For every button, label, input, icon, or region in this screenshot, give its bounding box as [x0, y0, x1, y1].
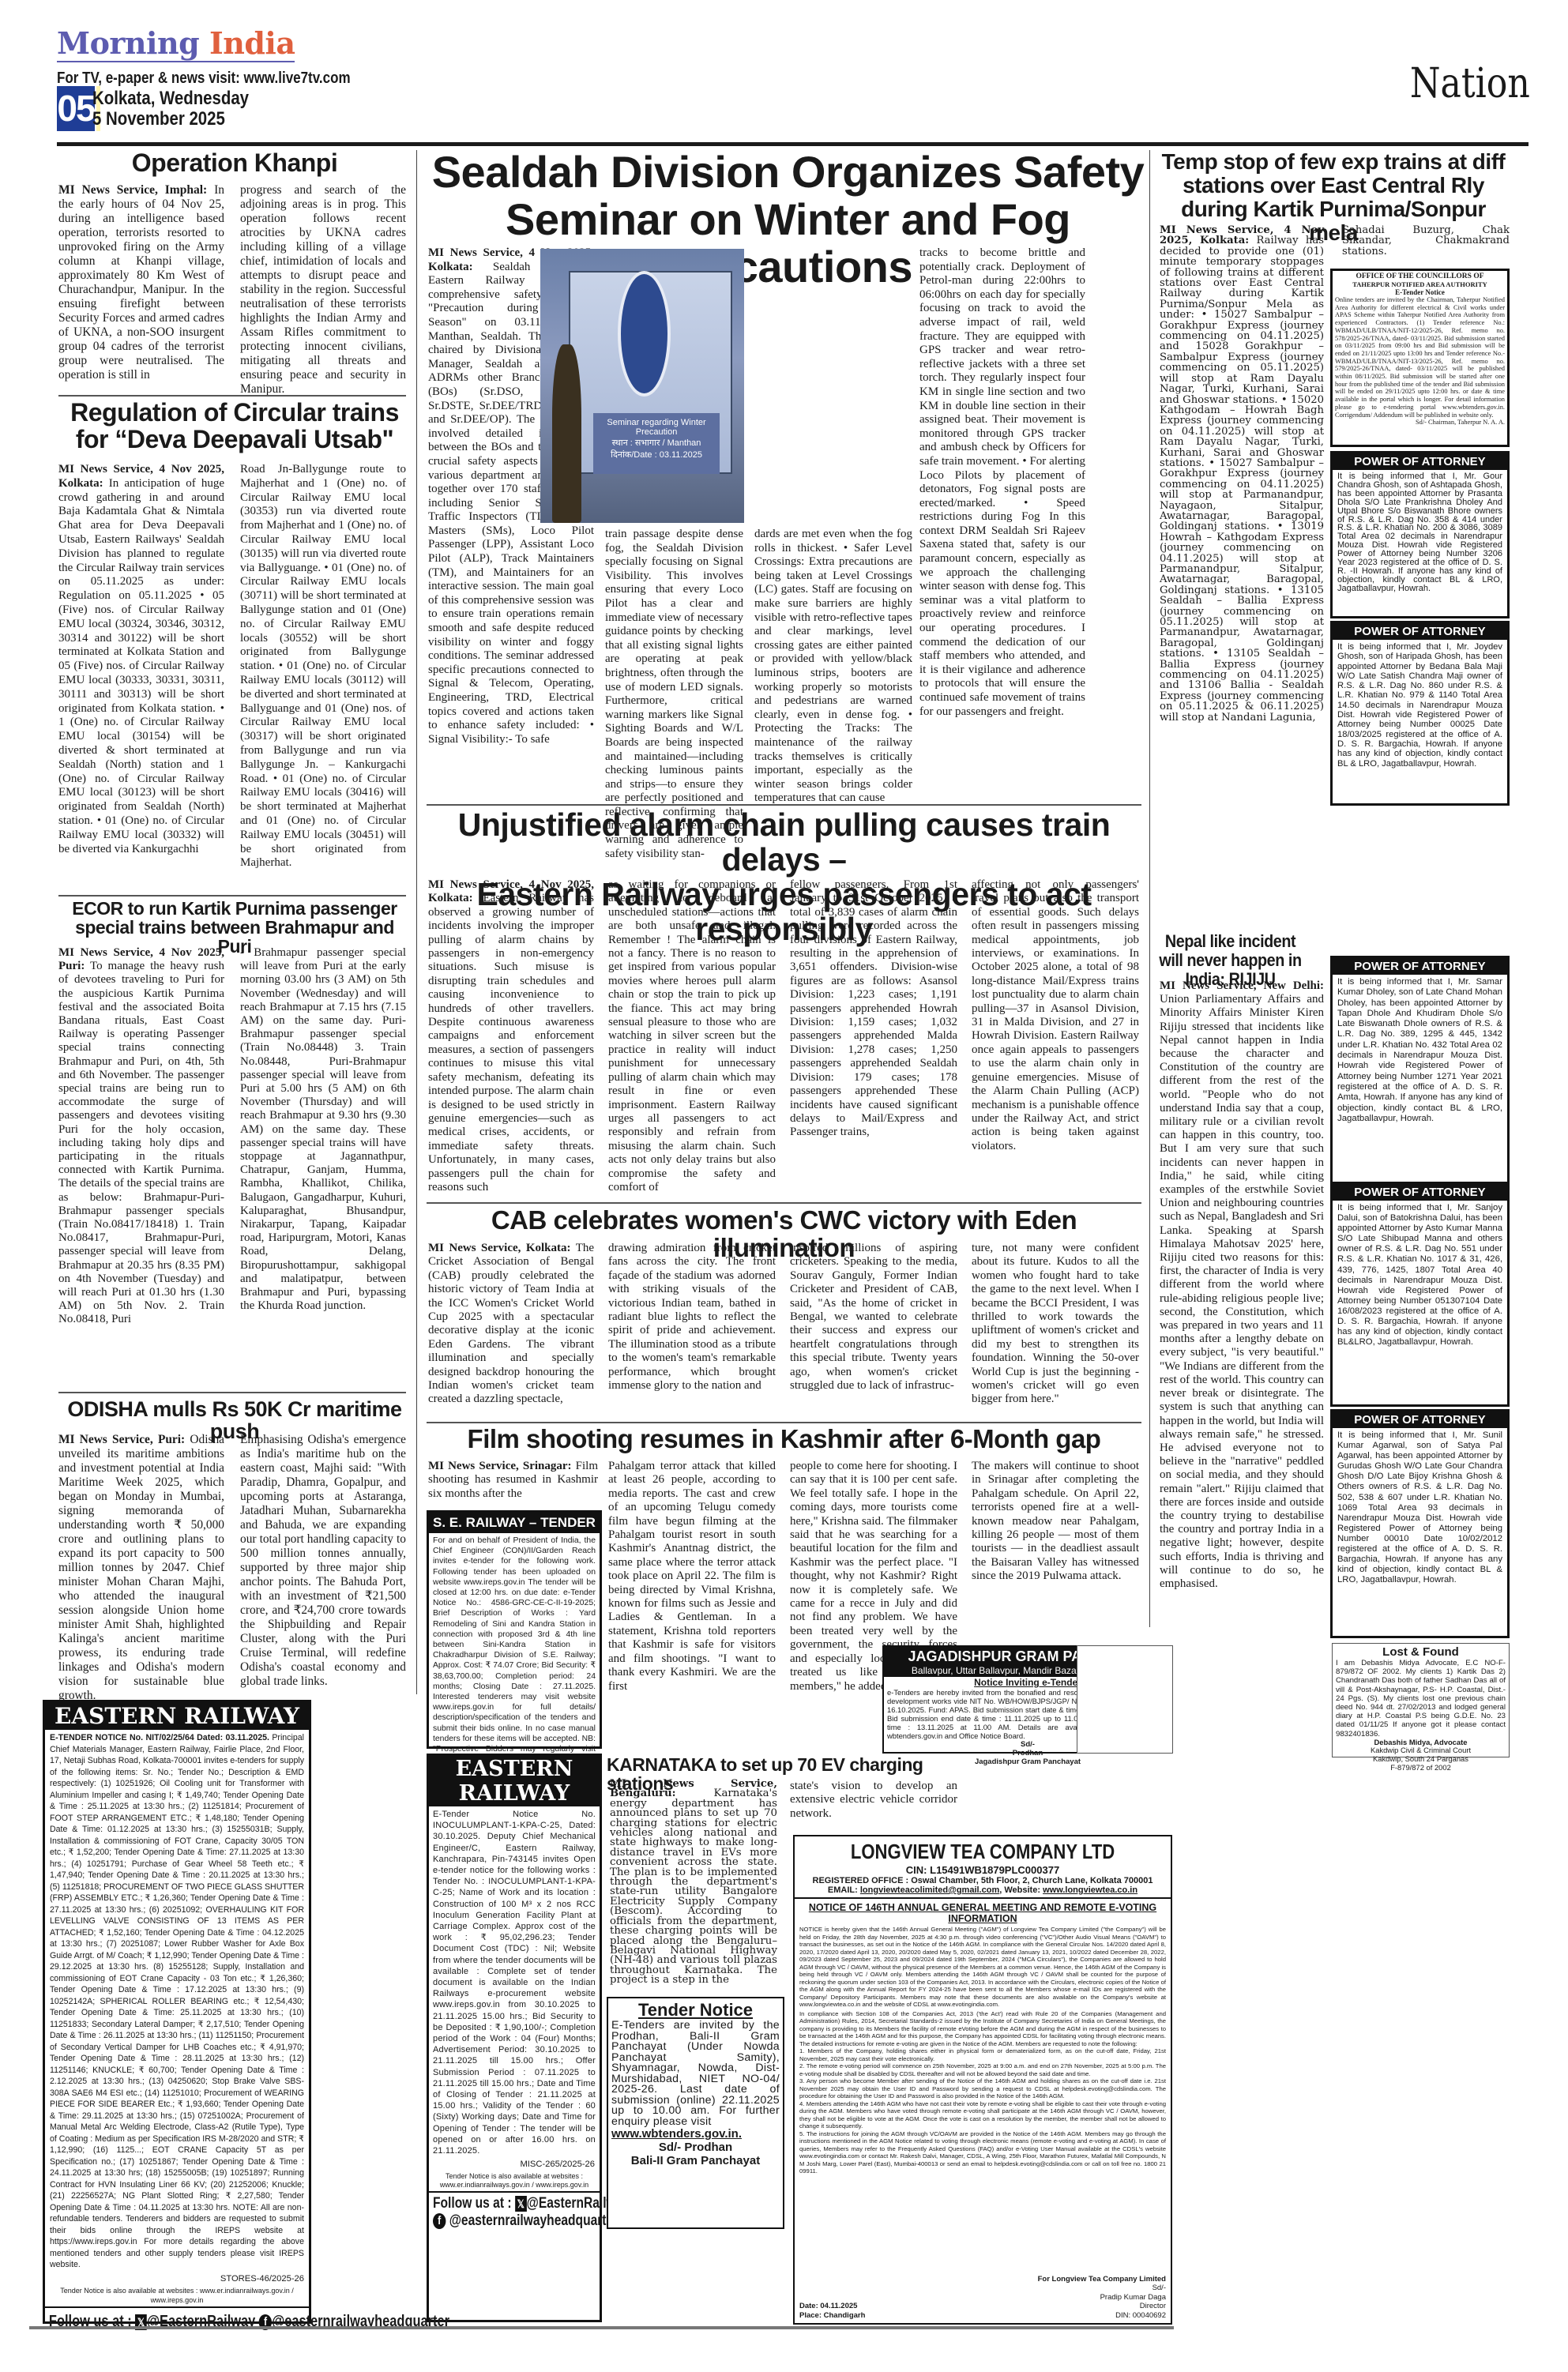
- notice-para1: NOTICE is hereby given that the 146th An…: [795, 1926, 1171, 2009]
- logo-india: India: [209, 25, 295, 61]
- city-day: Kolkata, Wednesday: [92, 88, 249, 109]
- ad-power-of-attorney-4: POWER OF ATTORNEY It is being informed t…: [1330, 1182, 1510, 1407]
- photo-banner: Seminar regarding Winter Precaution स्था…: [593, 413, 720, 473]
- logo-morning: Morning: [57, 25, 199, 61]
- article-cab-col1: MI News Service, Kolkata: The Cricket As…: [428, 1242, 594, 1407]
- ad-power-of-attorney-5: POWER OF ATTORNEY It is being informed t…: [1330, 1409, 1510, 1638]
- follow-row: Follow us at : 𝕏@EasternRailway f @easte…: [429, 2193, 600, 2232]
- article-alarm-col2: as waiting for companions or attempting …: [608, 878, 776, 1194]
- divider: [58, 1392, 406, 1393]
- headline-film: Film shooting resumes in Kashmir after 6…: [427, 1426, 1141, 1453]
- speaker-figure: [552, 344, 581, 523]
- ad-eastern-railway-stores: EASTERN RAILWAY E-TENDER NOTICE No. NIT/…: [43, 1700, 311, 2324]
- email-link[interactable]: longviewteacolimited@gmail.com: [860, 1885, 999, 1895]
- divider: [427, 1202, 1141, 1204]
- ad-title: Tender Notice: [611, 2000, 780, 2021]
- article-khanpi-col2: progress and search of the adjoining are…: [240, 183, 406, 397]
- divider: [427, 1422, 1141, 1423]
- contact-line: EMAIL: longviewteacolimited@gmail.com, W…: [795, 1885, 1171, 1899]
- facebook-icon: f: [433, 2213, 446, 2229]
- ad-availability: Tender Notice is also available at websi…: [429, 2171, 600, 2193]
- article-circular-col1: MI News Service, 4 Nov 2025, Kolkata: In…: [58, 463, 224, 856]
- page-number-badge: 05: [57, 86, 95, 131]
- ad-se-railway-tender: S. E. RAILWAY – TENDER For and on behalf…: [427, 1510, 602, 1749]
- date-place: Date: 04.11.2025 Place: Chandigarh: [799, 2302, 865, 2320]
- ad-ref: STORES-46/2025-26: [45, 2273, 309, 2284]
- ad-power-of-attorney-3b: POWER OF ATTORNEY It is being informed t…: [1330, 956, 1510, 1186]
- ad-body: E-TENDER NOTICE No. NIT/02/25/64 Dated: …: [45, 1730, 309, 2273]
- ad-body: I am Debashis Midya Advocate, E.C NO-F-8…: [1336, 1659, 1506, 1739]
- article-karnataka-col2: state's vision to develop an extensive e…: [790, 1780, 957, 1821]
- signature-block: For Longview Tea Company Limited Sd/- Pr…: [1038, 2275, 1166, 2321]
- article-ecor-col2: - Brahmapur passenger special will leave…: [240, 946, 406, 1313]
- headline-operation-khanpi: Operation Khanpi: [57, 150, 412, 177]
- facebook-handle[interactable]: @easternrailwayheadquarter: [449, 2212, 618, 2229]
- ad-lost-and-found: Lost & Found I am Debashis Midya Advocat…: [1332, 1643, 1510, 1757]
- article-karnataka-col1: MI News Service, Bengaluru: Karnataka's …: [610, 1780, 777, 1986]
- headline-circular-trains: Regulation of Circular trains for “Deva …: [57, 400, 412, 453]
- ad-longview-tea: LONGVIEW TEA COMPANY LTD CIN: L15491WB18…: [793, 1835, 1172, 2325]
- ad-ref: MISC-265/2025-26: [429, 2159, 600, 2170]
- column-divider: [416, 150, 417, 1694]
- article-film-col4: The makers will continue to shoot in Sri…: [972, 1460, 1139, 1584]
- ad-power-of-attorney-2: POWER OF ATTORNEY It is being informed t…: [1330, 621, 1510, 806]
- website-link[interactable]: www.longviewtea.co.in: [1043, 1885, 1137, 1895]
- article-ecor-col1: MI News Service, 4 Nov 2025, Puri: To ma…: [58, 946, 224, 1327]
- newspaper-logo: Morning India: [57, 27, 295, 62]
- masthead-rule: [57, 142, 1529, 146]
- article-alarm-col3: fellow passengers. From 1st January to 3…: [790, 878, 957, 1140]
- ad-title: Lost & Found: [1336, 1645, 1506, 1659]
- ad-body: E-Tenders are invited by the Prodhan, Ba…: [611, 2021, 780, 2127]
- article-cab-col3: inspired millions of aspiring cricketers…: [790, 1242, 957, 1393]
- ad-power-of-attorney-1: POWER OF ATTORNEY It is being informed t…: [1330, 451, 1510, 618]
- company-cin: CIN: L15491WB1879PLC000377: [795, 1864, 1171, 1876]
- article-alarm-col4: affecting not only passengers' travel pl…: [972, 878, 1139, 1153]
- article-cab-col2: drawing admiration from cricket fans acr…: [608, 1242, 776, 1393]
- ad-body: Online tenders are invited by the Chairm…: [1335, 296, 1505, 419]
- company-name: LONGVIEW TEA COMPANY LTD: [823, 1836, 1143, 1864]
- notice-points: 1. Members of the Company, holding share…: [795, 2047, 1171, 2175]
- section-title: Nation: [1410, 60, 1530, 107]
- ad-taherpur-tender: OFFICE OF THE COUNCILLORS OF TAHERPUR NO…: [1330, 269, 1510, 447]
- ad-lost-found: [1077, 1645, 1173, 1754]
- divider: [58, 395, 406, 397]
- ad-title: EASTERN RAILWAY: [45, 1702, 309, 1730]
- article-cab-col4: ture, not many were confident about its …: [972, 1242, 1139, 1407]
- divider: [58, 895, 406, 897]
- registered-office: REGISTERED OFFICE : Oswal Chamber, 5th F…: [795, 1876, 1171, 1885]
- notice-para2: In compliance with Section 108 of the Co…: [795, 2009, 1171, 2048]
- dateline-block: Kolkata, Wednesday 5 November 2025: [92, 88, 249, 130]
- ad-title: S. E. RAILWAY – TENDER: [429, 1513, 600, 1533]
- ad-bali-tender: Tender Notice E-Tenders are invited by t…: [607, 1997, 784, 2229]
- article-khanpi-col1: MI News Service, Imphal: In the early ho…: [58, 183, 224, 382]
- divider: [427, 804, 1141, 806]
- seminar-photo: Seminar regarding Winter Precaution स्था…: [540, 249, 744, 523]
- ad-shadow: [790, 2326, 1174, 2329]
- article-temp-stop-col1: MI News Service, 4 Nov 2025, Kolkata: Ra…: [1160, 225, 1324, 723]
- ad-body: For and on behalf of President of India,…: [429, 1533, 600, 1778]
- tagline: For TV, e-paper & news visit: www.live7t…: [57, 70, 351, 88]
- ad-eastern-railway-inoculum: EASTERN RAILWAY E-Tender Notice No. INOC…: [427, 1754, 602, 2322]
- x-icon: 𝕏: [515, 2196, 527, 2212]
- ad-title: EASTERN RAILWAY: [429, 1756, 600, 1806]
- article-odisha-col1: MI News Service, Puri: Odisha unveiled i…: [58, 1433, 224, 1703]
- ad-link[interactable]: www.wbtenders.gov.in.: [611, 2127, 780, 2141]
- article-circular-col2: Road Jn-Ballygunge route to Majherhat an…: [240, 463, 406, 870]
- article-temp-stop-col2: Sahadai Buzurg, Chak Sikandar, Chakmakra…: [1342, 225, 1510, 257]
- dateline: MI News Service, Imphal:: [58, 183, 207, 197]
- follow-row: Follow us at : 𝕏@EasternRailway f@easter…: [45, 2308, 261, 2336]
- article-film-col1: MI News Service, Srinagar: Film shooting…: [428, 1460, 598, 1501]
- column-divider: [1149, 150, 1150, 1627]
- article-odisha-col2: Emphasising Odisha's emergence as India'…: [240, 1433, 406, 1689]
- article-film-col2: Pahalgam terror attack that killed at le…: [608, 1460, 776, 1693]
- article-rijiju-body: MI News Service, New Delhi: Union Parlia…: [1160, 979, 1324, 1591]
- notice-title: NOTICE OF 146TH ANNUAL GENERAL MEETING A…: [795, 1899, 1171, 1926]
- ad-body: E-Tender Notice No. INOCULUMPLANT-1-KPA-…: [429, 1806, 600, 2159]
- ad-availability: Tender Notice is also available at websi…: [45, 2284, 309, 2308]
- article-sealdah-col4: tracks to become brittle and potentially…: [919, 246, 1085, 719]
- indian-railways-emblem: [618, 271, 671, 397]
- article-sealdah-col3: dards are met even when the fog rolls in…: [754, 528, 912, 806]
- article-alarm-col1: MI News Service, 4 Nov 2025, Kolkata: Ea…: [428, 878, 594, 1194]
- issue-date: 5 November 2025: [92, 109, 249, 130]
